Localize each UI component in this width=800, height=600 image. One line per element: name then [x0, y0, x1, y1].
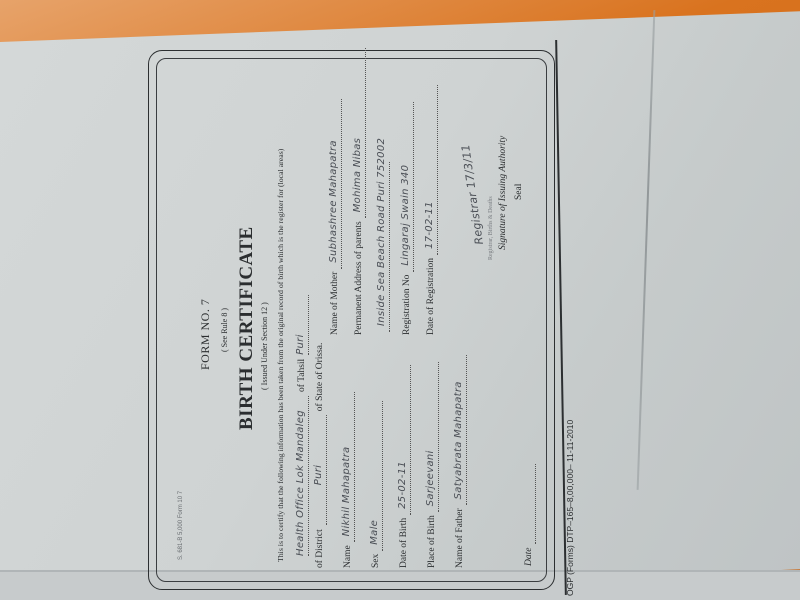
- field-value: 17-02-11: [424, 201, 435, 255]
- signature-stamp-text: Registrar, Births & Deaths: [488, 196, 494, 260]
- form-number: FORM NO. 7: [198, 299, 213, 370]
- date-label: Date: [524, 548, 534, 566]
- district-value: Puri: [313, 465, 324, 525]
- certify-statement: This is to certify that the following in…: [276, 149, 285, 562]
- footer-print-code: OGP (Forms) DTP–165–8,00,000– 11-11-2010: [565, 420, 575, 596]
- field-label: Registration No: [402, 275, 412, 335]
- field-value: Satyabrata Mahapatra: [453, 381, 464, 505]
- certificate-title: BIRTH CERTIFICATE: [236, 226, 258, 430]
- field-label: Name: [343, 545, 353, 568]
- field-value: Nikhil Mahapatra: [341, 447, 352, 543]
- field-row: Inside Sea Beach Road Puri 752002: [371, 162, 390, 335]
- field-label: Name of Mother: [330, 272, 340, 335]
- field-row: Registration NoLingaraj Swain 340: [395, 102, 414, 335]
- seal-label: Seal: [514, 184, 524, 200]
- field-label: Sex: [371, 554, 381, 568]
- field-value: Mohima Nibas: [352, 138, 363, 218]
- field-label: Place of Birth: [427, 515, 437, 568]
- field-value: Inside Sea Beach Road Puri 752002: [376, 138, 387, 332]
- field-value: 25-02-11: [397, 461, 408, 515]
- tahsil-label: of Tahsil: [297, 359, 307, 392]
- tahsil-value: Puri: [295, 334, 306, 354]
- district-label: of District: [315, 529, 325, 568]
- field-row: NameNikhil Mahapatra: [336, 392, 355, 568]
- field-row: Name of MotherSubhashree Mahapatra: [323, 99, 342, 335]
- field-row: Date of Birth25-02-11: [392, 365, 411, 568]
- field-row: Date of Registration17-02-11: [419, 85, 438, 335]
- date-field: [535, 464, 536, 544]
- birth-certificate-form: FORM NO. 7 ( See Rule 8 ) BIRTH CERTIFIC…: [148, 50, 688, 457]
- corner-print-code: S. 681-B 5,000 Form 10 7: [178, 491, 184, 560]
- field-label: Date of Birth: [399, 518, 409, 568]
- field-value: Sarjeevani: [425, 450, 436, 512]
- field-row: Place of BirthSarjeevani: [420, 362, 439, 568]
- field-value: Male: [369, 520, 380, 551]
- field-label: Date of Registration: [426, 258, 436, 335]
- field-label: Name of Father: [455, 508, 465, 568]
- field-row: Name of FatherSatyabrata Mahapatra: [448, 355, 467, 568]
- state-label: of State of Orissa.: [315, 343, 325, 412]
- local-area-value: Health Office Lok Mandaleg: [295, 410, 306, 556]
- field-row: Permanent Address of parentsMohima Nibas: [347, 48, 366, 335]
- signature-label: Signature of Issuing Authority: [498, 136, 508, 250]
- field-label: Permanent Address of parents: [354, 221, 364, 335]
- field-row: SexMale: [364, 401, 383, 568]
- rule-reference: ( See Rule 8 ): [220, 308, 229, 352]
- field-value: Lingaraj Swain 340: [400, 165, 411, 272]
- field-value: Subhashree Mahapatra: [328, 140, 339, 269]
- issued-under-section: ( Issued Under Section 12 ): [260, 302, 269, 390]
